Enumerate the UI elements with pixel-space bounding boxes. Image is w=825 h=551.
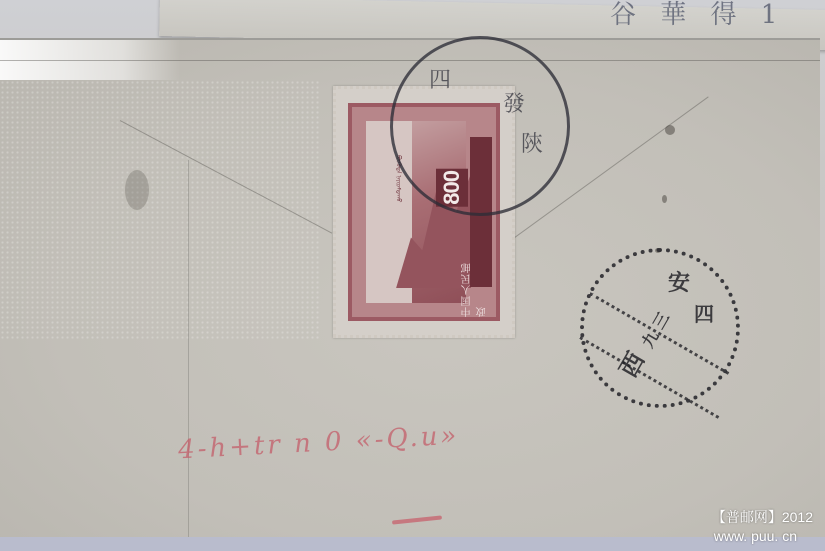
plastic-sleeve-sheen	[0, 80, 320, 340]
stain	[125, 170, 149, 210]
postmark-right-text: 安	[668, 266, 690, 297]
watermark-url: www. puu. cn	[712, 527, 813, 546]
postmark-top-text: 四	[429, 63, 451, 94]
fold-line	[0, 60, 820, 61]
envelope-photo: 谷 華 得 1 ᠪᠦᠭᠦᠳᠡ ᠨᠠᠶᠢᠷᠠᠮᠳᠠᠬᠤ 中国人民邮政 800 四 …	[0, 0, 825, 551]
bottom-background	[0, 537, 825, 551]
top-handwriting: 谷 華 得 1	[610, 0, 785, 31]
watermark-site: 【普邮网】2012	[712, 508, 813, 527]
watermark: 【普邮网】2012 www. puu. cn	[712, 508, 813, 546]
postmark-top: 四 發 陝	[390, 36, 570, 216]
postmark-right-text: 四	[694, 298, 714, 327]
vertical-crease	[188, 160, 189, 540]
postmark-top-text: 發	[503, 87, 525, 118]
postmark-date: 九 三	[635, 307, 674, 351]
stain	[665, 125, 675, 135]
stain	[662, 195, 667, 203]
stamp-country-text: 中国人民邮政	[460, 257, 490, 317]
postmark-top-text: 陝	[521, 127, 543, 158]
postmark-right: 安 四 九 三 西	[580, 248, 740, 408]
